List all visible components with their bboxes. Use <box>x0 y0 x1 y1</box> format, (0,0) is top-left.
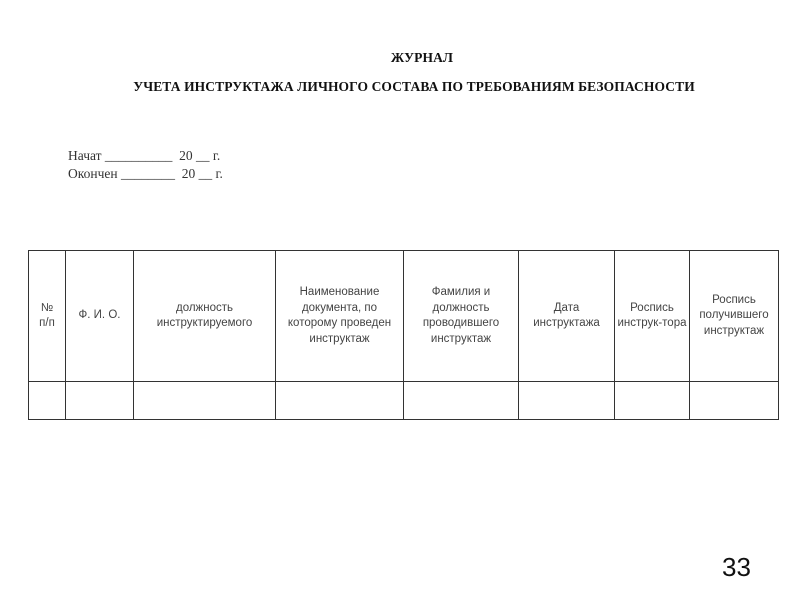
column-header-recipient-signature: Роспись получившего инструктаж <box>690 251 779 382</box>
cell-instructor <box>404 382 519 420</box>
cell-date <box>519 382 615 420</box>
cell-full-name <box>66 382 134 420</box>
finished-date-line: Окончен ________ 20 __ г. <box>68 166 223 182</box>
column-header-instructor: Фамилия и должность проводившего инструк… <box>404 251 519 382</box>
table-header-row: № п/п Ф. И. О. должность инструктируемог… <box>29 251 779 382</box>
table-row <box>29 382 779 420</box>
page-number: 33 <box>722 552 751 583</box>
column-header-position: должность инструктируемого <box>134 251 276 382</box>
started-date-line: Начат __________ 20 __ г. <box>68 148 220 164</box>
column-header-date: Дата инструктажа <box>519 251 615 382</box>
cell-document <box>276 382 404 420</box>
column-header-document: Наименование документа, по которому пров… <box>276 251 404 382</box>
journal-title: ЖУРНАЛ <box>22 50 800 66</box>
instruction-journal-table: № п/п Ф. И. О. должность инструктируемог… <box>28 250 779 420</box>
cell-instructor-signature <box>615 382 690 420</box>
column-header-full-name: Ф. И. О. <box>66 251 134 382</box>
cell-number <box>29 382 66 420</box>
column-header-number: № п/п <box>29 251 66 382</box>
cell-position <box>134 382 276 420</box>
journal-subtitle: УЧЕТА ИНСТРУКТАЖА ЛИЧНОГО СОСТАВА ПО ТРЕ… <box>14 79 800 95</box>
column-header-instructor-signature: Роспись инструк-тора <box>615 251 690 382</box>
cell-recipient-signature <box>690 382 779 420</box>
